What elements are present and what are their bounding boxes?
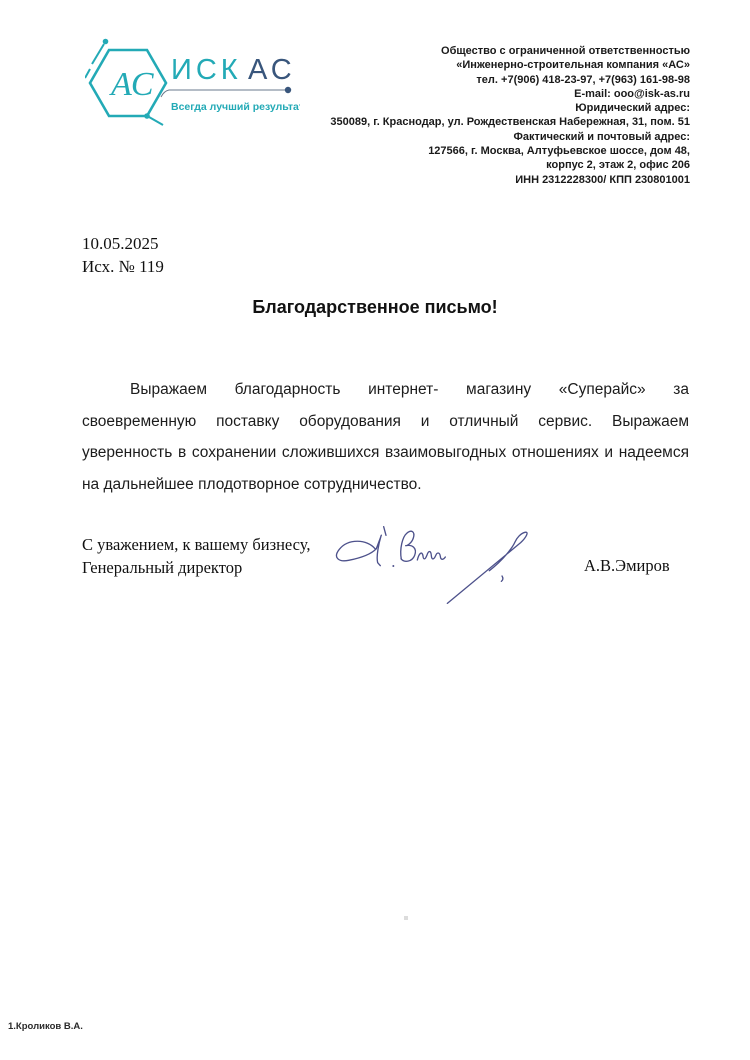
letter-body: Выражаем благодарность интернет- магазин…	[82, 374, 689, 500]
closing-line: С уважением, к вашему бизнесу,	[82, 533, 310, 556]
requisite-line: 127566, г. Москва, Алтуфьевское шоссе, д…	[270, 144, 690, 158]
signatory-name: А.В.Эмиров	[584, 556, 670, 576]
letter-date: 10.05.2025	[82, 232, 164, 255]
company-requisites: Общество с ограниченной ответственностью…	[270, 44, 690, 187]
logo-monogram: АС	[109, 66, 154, 103]
circuit-dot-icon	[103, 39, 109, 45]
outgoing-number: Исх. № 119	[82, 255, 164, 278]
requisite-line: Фактический и почтовый адрес:	[270, 130, 690, 144]
requisite-line: «Инженерно-строительная компания «АС»	[270, 58, 690, 72]
logo-wordmark-isk: ИСК	[171, 54, 242, 86]
requisite-line: ИНН 2312228300/ КПП 230801001	[270, 173, 690, 187]
reference-block: 10.05.2025 Исх. № 119	[82, 232, 164, 278]
closing-block: С уважением, к вашему бизнесу, Генеральн…	[82, 533, 310, 579]
footer-note: 1.Кроликов В.А.	[8, 1021, 83, 1032]
requisite-line: тел. +7(906) 418-23-97, +7(963) 161-98-9…	[270, 73, 690, 87]
letter-title: Благодарственное письмо!	[0, 297, 750, 318]
requisite-line: E-mail: ooo@isk-as.ru	[270, 87, 690, 101]
circuit-line-icon	[85, 69, 90, 78]
letter-page: АС ИСК АС Всегда лучший результат Общест…	[0, 0, 750, 1060]
requisite-line: Общество с ограниченной ответственностью	[270, 44, 690, 58]
handwritten-signature	[330, 506, 542, 614]
company-logo: АС ИСК АС Всегда лучший результат	[85, 33, 300, 130]
closing-line: Генеральный директор	[82, 556, 310, 579]
requisite-line: Юридический адрес:	[270, 101, 690, 115]
signature-icon	[330, 506, 542, 614]
scan-artifact-dot	[404, 916, 408, 920]
requisite-line: 350089, г. Краснодар, ул. Рождественская…	[270, 115, 690, 129]
company-logo-icon: АС ИСК АС Всегда лучший результат	[85, 33, 300, 130]
circuit-line-icon	[149, 117, 163, 125]
logo-underline	[161, 90, 285, 97]
requisite-line: корпус 2, этаж 2, офис 206	[270, 158, 690, 172]
